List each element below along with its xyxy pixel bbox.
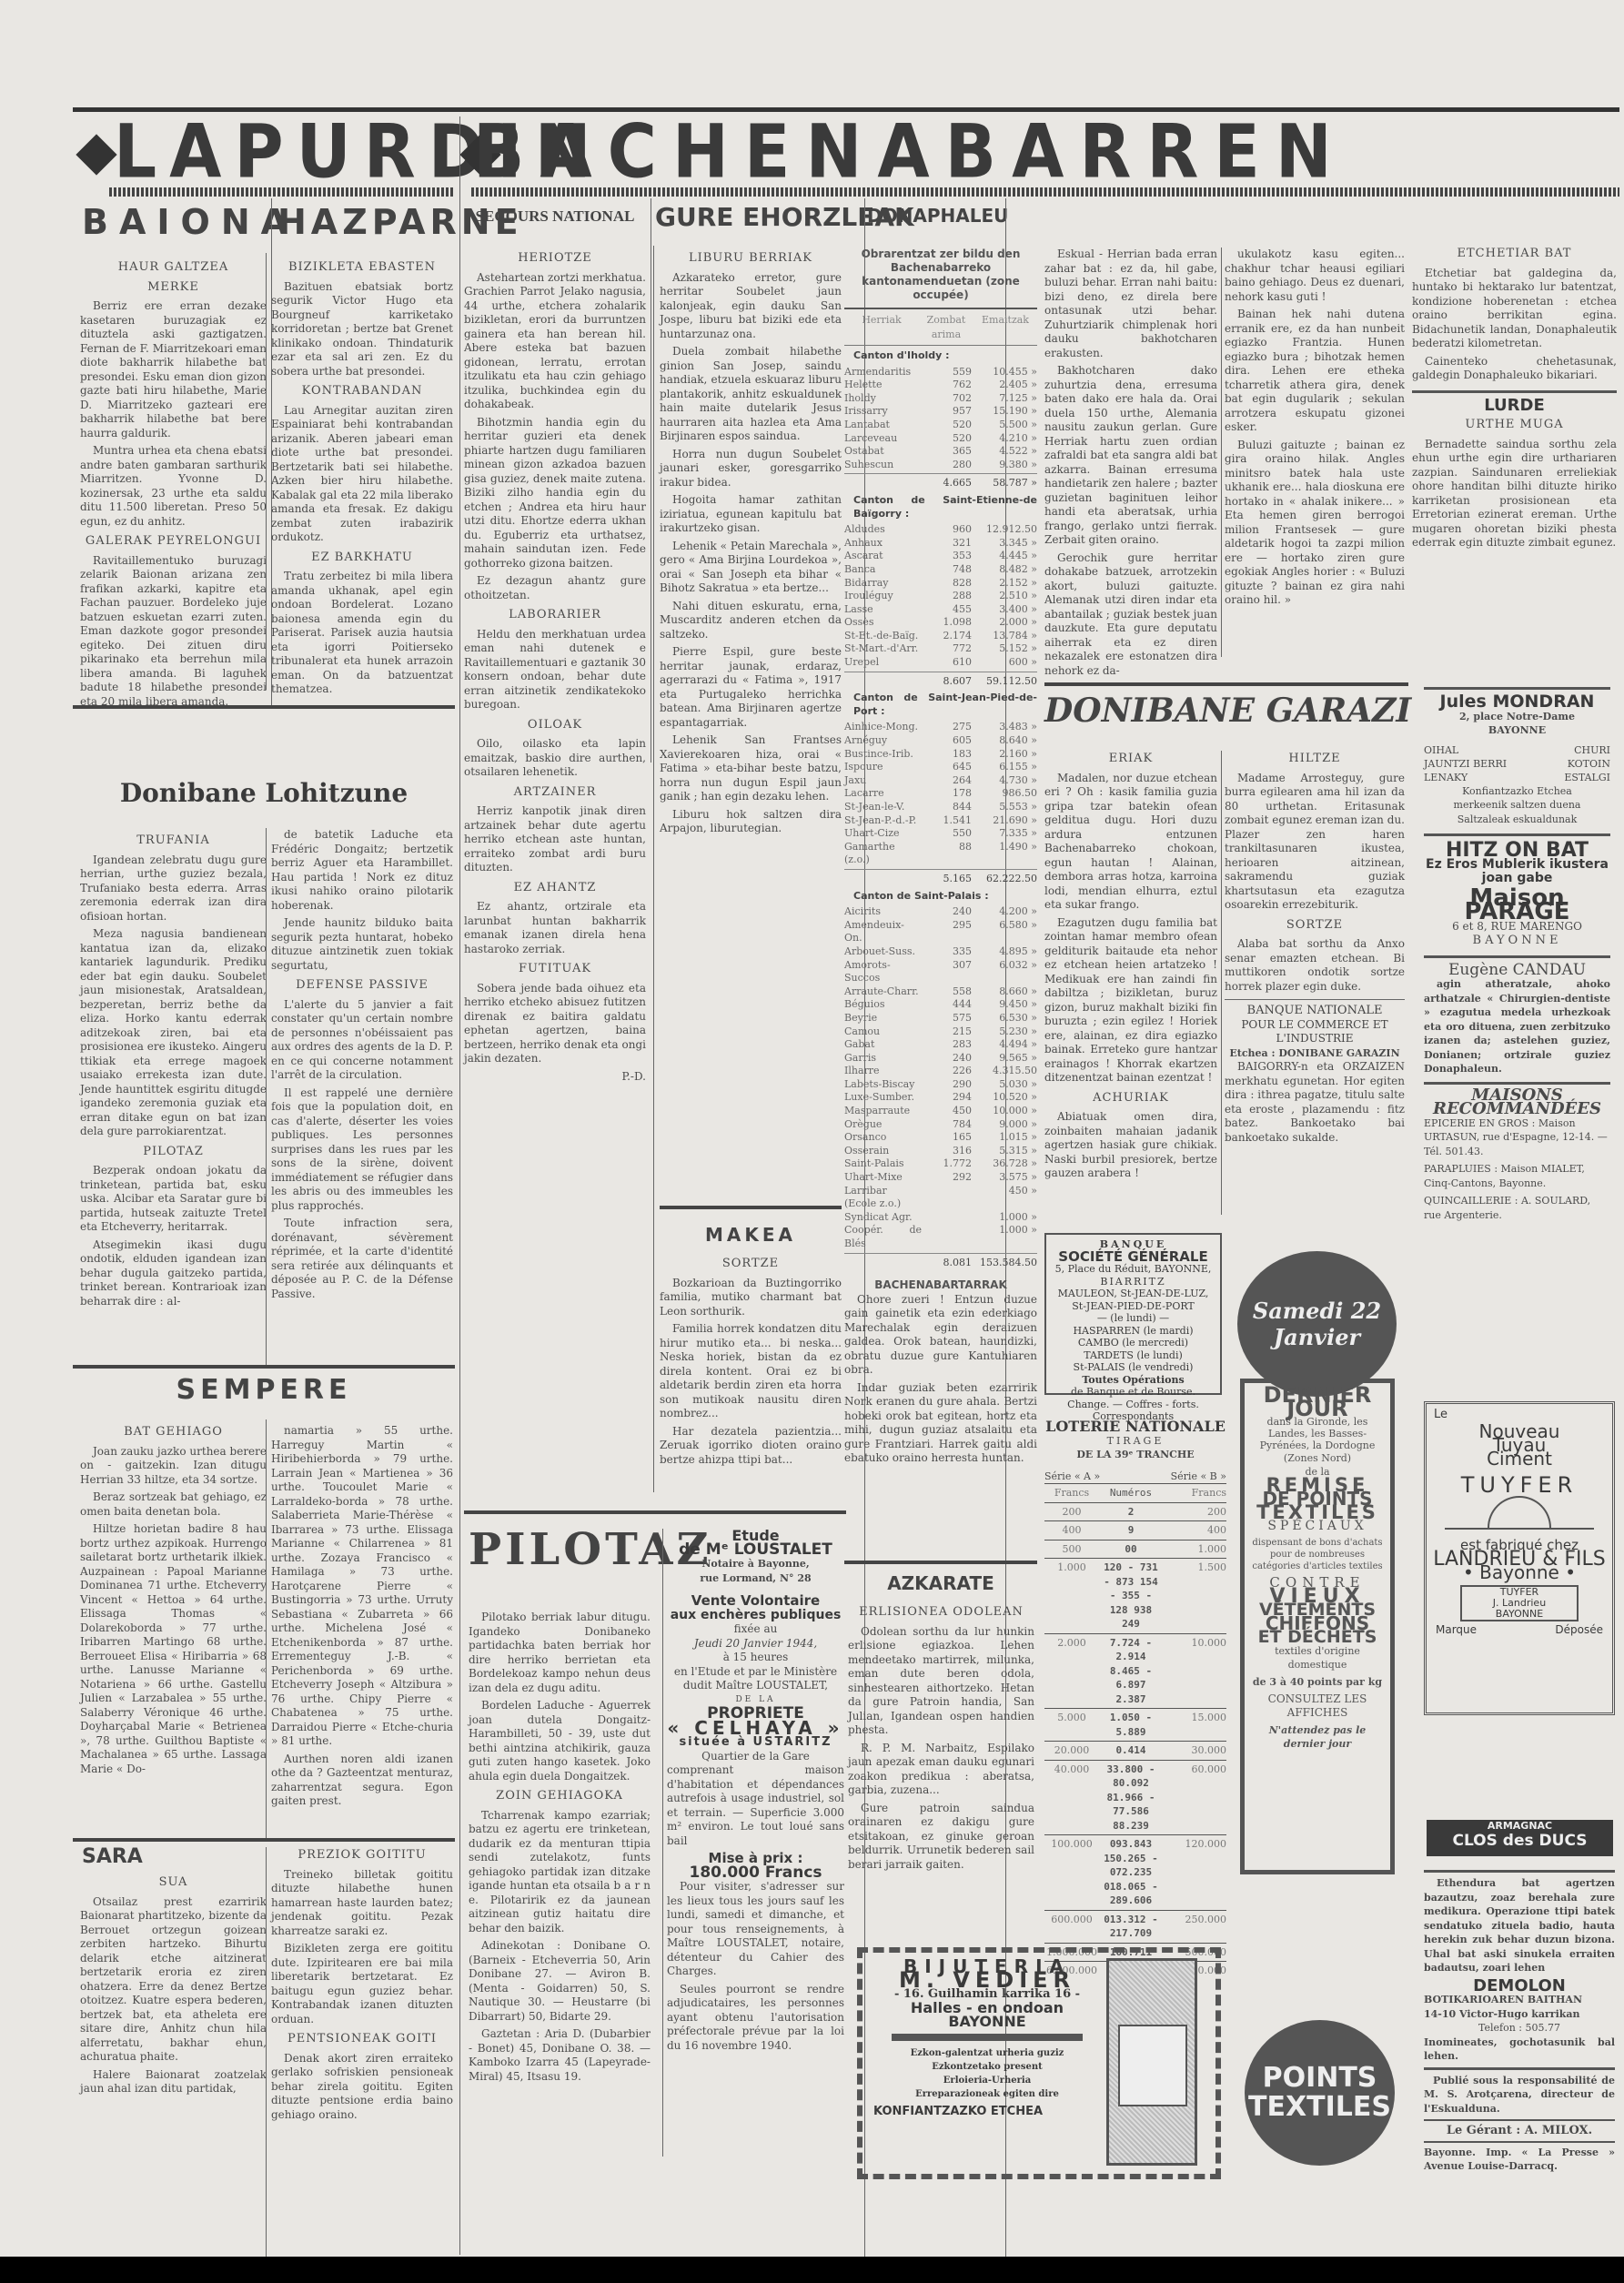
wristwatch-icon <box>1106 1958 1197 2166</box>
table-cell: Luxe-Sumber. <box>844 1091 922 1105</box>
lottery-row: 4009400 <box>1044 1520 1226 1540</box>
paragraph: BAIGORRY-n eta ORZAIZEN merkhatu eguneta… <box>1225 1060 1405 1145</box>
table-row: Gamarthe (z.o.)881.490 » <box>844 841 1037 867</box>
table-cell: 4.522 » <box>972 445 1037 459</box>
table-row: Uhart-Cize5507.335 » <box>844 827 1037 841</box>
table-cell: St-Jean-P.-d.-P. <box>844 814 922 828</box>
table-cell: 9.565 » <box>972 1052 1037 1066</box>
paragraph: Otsailaz prest ezarririk Baionarat phart… <box>80 1895 267 2065</box>
section-donaphaleu: DONAPHALEU <box>867 205 1004 227</box>
diamond-ornament-icon <box>76 134 116 175</box>
table-cell: Banca <box>844 563 922 577</box>
table-cell: Orsanco <box>844 1131 922 1145</box>
heading: GALERAK PEYRELONGUI <box>80 534 267 549</box>
column-rule <box>266 828 267 1365</box>
table-cell: 610 <box>922 656 972 670</box>
lottery-row: 20.0000.41430.000 <box>1044 1741 1226 1760</box>
serie-b: Série « B » <box>1171 1470 1226 1484</box>
text: 5, Place du Réduit, BAYONNE, <box>1050 1263 1216 1276</box>
lottery-cell: 2.000 <box>1044 1636 1099 1707</box>
table-cell: 559 <box>922 366 972 379</box>
loterie-nationale: LOTERIE NATIONALE TIRAGE DE LA 39ᵉ TRANC… <box>1044 1419 1226 1997</box>
heading: LIBURU BERRIAK <box>660 251 842 266</box>
table-row: Helette7622.405 » <box>844 379 1037 392</box>
lottery-cell: 00 <box>1099 1542 1163 1557</box>
article-azkarate: ERLISIONEA ODOLEAN Odolean sorthu da lur… <box>848 1600 1034 1875</box>
table-row: Urepel610600 » <box>844 656 1037 670</box>
paragraph: Bernadette saindua sorthu zela ehun urth… <box>1412 438 1617 551</box>
section-gure-ehorzleak: GURE EHORZLEAK <box>655 202 860 232</box>
table-cell: Masparraute <box>844 1105 922 1118</box>
table-cell: 9.450 » <box>972 998 1037 1012</box>
table-row: St-Jean-P.-d.-P.1.54121.690 » <box>844 814 1037 828</box>
paragraph: Pierre Espil, gure beste herritar jaunak… <box>660 645 842 730</box>
lottery-cell: 15.000 <box>1163 1711 1226 1739</box>
paragraph: Pilotako berriak labur ditugu. Igandeko … <box>469 1611 651 1695</box>
bank-branch: Etchea : DONIBANE GARAZIN <box>1225 1046 1405 1061</box>
table-row: Bidarray8282.152 » <box>844 577 1037 591</box>
table-row: Syndicat Agr.1.000 » <box>844 1211 1037 1225</box>
section-pilotaz: PILOTAZ <box>469 1524 660 1575</box>
canton-total: 8.60759.112.50 <box>844 672 1037 689</box>
table-cell: 5.315 » <box>972 1145 1037 1158</box>
table-cell: Camou <box>844 1025 922 1039</box>
paragraph: de batetik Laduche eta Frédéric Dongaitz… <box>271 828 453 913</box>
table-cell: 7.335 » <box>972 827 1037 841</box>
canton-total: 5.16562.222.50 <box>844 869 1037 886</box>
table-cell: 275 <box>922 721 972 734</box>
table-cell: Amendeuix-On. <box>844 919 922 945</box>
ad-armagnac: ARMAGNAC CLOS des DUCS <box>1427 1820 1613 1856</box>
section-donibane-garazi: DONIBANE GARAZI <box>1044 692 1408 730</box>
paragraph: Bakhotcharen dako zuhurtzia dena, erresu… <box>1044 364 1217 548</box>
canton-heading: Canton de Saint-Palais : <box>853 890 1037 904</box>
paragraph: Etchetiar bat galdegina da, huntako bi h… <box>1412 267 1617 351</box>
table-cell: 307 <box>922 959 972 985</box>
table-cell: 10.455 » <box>972 366 1037 379</box>
lottery-cell: 20.000 <box>1044 1743 1099 1758</box>
page-bottom-edge <box>0 2257 1624 2283</box>
table-cell: 828 <box>922 577 972 591</box>
paragraph: Eskual - Herrian bada erran zahar bat : … <box>1044 247 1217 360</box>
table-cell: 353 <box>922 550 972 563</box>
total-cell: 153.584.50 <box>972 1257 1037 1270</box>
serie-labels: Série « A » Série « B » <box>1044 1470 1226 1484</box>
table-cell: 10.520 » <box>972 1091 1037 1105</box>
heading: TRUFANIA <box>80 833 267 848</box>
lottery-row: 40.00033.800 - 80.092 81.966 - 77.586 88… <box>1044 1760 1226 1835</box>
table-row: Orsanco1651.015 » <box>844 1131 1037 1145</box>
lottery-cell: 10.000 <box>1163 1636 1226 1707</box>
table-cell: 2.000 » <box>972 616 1037 630</box>
table-cell: Suhescun <box>844 459 922 472</box>
table-cell: 335 <box>922 945 972 959</box>
table-cell: Bidarray <box>844 577 922 591</box>
article-defense-passive: de batetik Laduche eta Frédéric Dongaitz… <box>271 828 453 1305</box>
table-row: Béguios4449.450 » <box>844 998 1037 1012</box>
table-cell: 1.490 » <box>972 841 1037 867</box>
table-body: Canton d'Iholdy :Armendaritis55910.455 »… <box>844 349 1037 1269</box>
circle-samedi: Samedi 22 Janvier <box>1237 1251 1397 1397</box>
table-cell: 960 <box>922 523 972 537</box>
paragraph: Bainan hek nahi dutena erranik ere, ez d… <box>1225 308 1405 435</box>
paragraph: Duela zombait hilabethe ginion San Josep… <box>660 345 842 444</box>
table-row: Larribar (Ecole z.o.)450 » <box>844 1185 1037 1211</box>
table-cell: 8.660 » <box>972 985 1037 999</box>
table-cell: 283 <box>922 1038 972 1052</box>
paragraph: Pour visiter, s'adresser sur les lieux t… <box>667 1880 844 1979</box>
table-cell: 226 <box>922 1065 972 1078</box>
text: KONFIANTZAZKO ETCHEA <box>873 2105 1101 2118</box>
table-cell: Irissarry <box>844 405 922 419</box>
table-row: Arbouet-Suss.3354.895 » <box>844 945 1037 959</box>
table-cell: 2.174 <box>922 630 972 643</box>
table-cell: 3.400 » <box>972 603 1037 617</box>
text: CONSULTEZ LES AFFICHES <box>1250 1692 1385 1720</box>
table-cell: 5.500 » <box>972 419 1037 432</box>
table-cell: 4.315.50 <box>972 1065 1037 1078</box>
lottery-cell: 500 <box>1044 1542 1099 1557</box>
lottery-header: FrancsNumérosFrancs <box>1044 1483 1226 1502</box>
masthead-bachenabarren: BACHENABARREN <box>473 113 1347 191</box>
table-cell: 36.728 » <box>972 1157 1037 1171</box>
paragraph: Aurthen noren aldi izanen othe da ? Gazt… <box>271 1753 453 1809</box>
table-cell: 1.000 » <box>972 1224 1037 1250</box>
table-cell: 520 <box>922 419 972 432</box>
table-cell: Ossès <box>844 616 922 630</box>
wave-divider <box>892 2034 1083 2041</box>
lottery-cell: 600.000 <box>1044 1913 1099 1941</box>
paragraph: Familia horrek kondatzen ditu hirur muti… <box>660 1322 842 1421</box>
text: Notaire à Bayonne, <box>667 1557 844 1571</box>
paragraph: Alaba bat sorthu da Anxo senar emazten e… <box>1225 937 1405 994</box>
tuyfer-logo: TUYFER J. Landrieu BAYONNE <box>1460 1585 1579 1621</box>
table-cell: 450 » <box>972 1185 1037 1211</box>
watch-face-icon <box>1118 2025 1187 2106</box>
table-cell: 8.640 » <box>972 734 1037 748</box>
lottery-row: 500001.000 <box>1044 1540 1226 1559</box>
paragraph: Ez ahantz, ortzirale eta larunbat huntan… <box>464 900 646 956</box>
table-cell: 10.000 » <box>972 1105 1037 1118</box>
lottery-cell: 200 <box>1163 1505 1226 1520</box>
canton-heading: Canton de Saint-Jean-Pied-de-Port : <box>853 692 1037 718</box>
table-cell: Jaxu <box>844 774 922 788</box>
article-liburu-berriak: LIBURU BERRIAK Azkarateko erretor, gure … <box>660 246 842 840</box>
table-cell: 280 <box>922 459 972 472</box>
section-donibane-lohitzune: Donibane Lohitzune <box>91 778 437 808</box>
table-cell: 215 <box>922 1025 972 1039</box>
table-row: Irissarry95715.190 » <box>844 405 1037 419</box>
paragraph: Treineko billetak goititu dituzte hilabe… <box>271 1868 453 1939</box>
canton-total: 4.66558.787 » <box>844 473 1037 490</box>
paragraph: Nahi dituen eskuratu, erna, Muscarditz a… <box>660 600 842 642</box>
heading: RECOMMANDÉES <box>1424 1102 1610 1116</box>
table-cell: 1.015 » <box>972 1131 1037 1145</box>
table-row: Armendaritis55910.455 » <box>844 366 1037 379</box>
column-rule <box>459 116 460 2255</box>
product: JAUNTZI BERRI <box>1424 757 1507 771</box>
table-cell: 178 <box>922 787 972 801</box>
heading: ETCHETIAR BAT <box>1412 247 1617 261</box>
table-cell: 165 <box>922 1131 972 1145</box>
table-cell: 294 <box>922 1091 972 1105</box>
manager-credit: Le Gérant : A. MILOX. <box>1424 2124 1615 2138</box>
paragraph: Ravitaillementuko buruzagi zelarik Baion… <box>80 554 267 710</box>
total-cell: 58.787 » <box>972 477 1037 490</box>
product: CHURI <box>1564 743 1610 757</box>
text: merkeenik saltzen duena <box>1424 798 1610 813</box>
table-cell: Ostabat <box>844 445 922 459</box>
sale-title: Vente Volontaire <box>667 1594 844 1609</box>
table-row: Uhart-Mixe2923.575 » <box>844 1171 1037 1185</box>
table-row: St-Jean-le-V.8445.553 » <box>844 801 1037 814</box>
paragraph: Buluzi gaituzte ; bainan ez gira oraino … <box>1225 439 1405 608</box>
article-hiltze: HILTZE Madame Arrosteguy, gure burra egi… <box>1225 746 1405 1148</box>
ad-banque-nationale: BANQUE NATIONALE POUR LE COMMERCE ET L'I… <box>1225 999 1405 1145</box>
canton-heading: Canton de Saint-Etienne-de Baïgorry : <box>853 494 1037 520</box>
column-rule <box>266 1847 267 2257</box>
text: en l'Etude et par le Ministère dudit Maî… <box>667 1665 844 1693</box>
lottery-cell: 2 <box>1099 1505 1163 1520</box>
table-cell: 6.580 » <box>972 919 1037 945</box>
table-cell: 4.895 » <box>972 945 1037 959</box>
table-cell: 240 <box>922 1052 972 1066</box>
dentist-name: Eugène CANDAU <box>1424 964 1610 978</box>
table-row: Ascarat3534.445 » <box>844 550 1037 563</box>
table-cell: 1.098 <box>922 616 972 630</box>
heading: ERLISIONEA ODOLEAN <box>848 1605 1034 1620</box>
table-cell: 3.483 » <box>972 721 1037 734</box>
table-cell: Arraute-Charr. <box>844 985 922 999</box>
canton-heading: Canton d'Iholdy : <box>853 349 1037 363</box>
lottery-row: 5.0001.050 - 5.88915.000 <box>1044 1708 1226 1741</box>
table-cell: Coopér. de Blés <box>844 1224 922 1250</box>
table-cell: 605 <box>922 734 972 748</box>
table-cell: St-Et.-de-Baïg. <box>844 630 922 643</box>
heading: SORTZE <box>1225 918 1405 933</box>
lottery-cell: 200 <box>1044 1505 1099 1520</box>
table-row: Camou2155.230 » <box>844 1025 1037 1039</box>
table-cell: Ainhice-Mong. <box>844 721 922 734</box>
table-cell: 1.000 » <box>972 1211 1037 1225</box>
table-cell: 6.032 » <box>972 959 1037 985</box>
heading: HAUR GALTZEA <box>80 260 267 275</box>
table-cell: Gamarthe (z.o.) <box>844 841 922 867</box>
table-cell: 264 <box>922 774 972 788</box>
paragraph: Gerochik gure herritar dohakabe batzuek,… <box>1044 551 1217 679</box>
table-cell: Iholdy <box>844 392 922 406</box>
table-cell: Helette <box>844 379 922 392</box>
lottery-cell: 30.000 <box>1163 1743 1226 1758</box>
table-cell: 986.50 <box>972 787 1037 801</box>
table-cell: 575 <box>922 1012 972 1025</box>
section-sara: SARA <box>82 1845 255 1868</box>
section-sempere: SEMPERE <box>91 1374 437 1406</box>
table-row: Bustince-Irib.1832.160 » <box>844 748 1037 762</box>
product: OIHAL <box>1424 743 1507 757</box>
table-cell: Lantabat <box>844 419 922 432</box>
table-cell: 2.510 » <box>972 590 1037 603</box>
table-cell: 784 <box>922 1118 972 1132</box>
table-cell: 1.541 <box>922 814 972 828</box>
lottery-cell: 013.312 - 217.709 <box>1099 1913 1163 1941</box>
table-cell: Arnéguy <box>844 734 922 748</box>
table-row: Lasse4553.400 » <box>844 603 1037 617</box>
lottery-row: 2.0007.724 - 2.914 8.465 - 6.897 2.38710… <box>1044 1633 1226 1709</box>
table-cell: 13.784 » <box>972 630 1037 643</box>
section-azkarate: AZKARATE <box>844 1572 1037 1594</box>
table-row: Irouléguy2882.510 » <box>844 590 1037 603</box>
section-rule <box>844 1561 1037 1564</box>
lottery-cell: 093.843 150.265 - 072.235 018.065 - 289.… <box>1099 1837 1163 1908</box>
text: TEXTILES <box>1250 1506 1385 1520</box>
subheading: TIRAGE <box>1044 1434 1226 1449</box>
table-cell: Anhaux <box>844 537 922 551</box>
text: (Zones Nord) <box>1250 1451 1385 1465</box>
lottery-row: 100.000093.843 150.265 - 072.235 018.065… <box>1044 1834 1226 1910</box>
table-cell: Ascarat <box>844 550 922 563</box>
heading: ERIAK <box>1044 752 1217 766</box>
paragraph: Bazituen ebatsiak bortz segurik Victor H… <box>271 280 453 379</box>
column-header: Emaitzak <box>973 313 1037 341</box>
table-cell: 2.405 » <box>972 379 1037 392</box>
column-rule <box>653 246 654 1492</box>
table-cell: Garris <box>844 1052 922 1066</box>
section-lurde: LURDE <box>1412 399 1617 413</box>
table-cell: 772 <box>922 642 972 656</box>
table-row: Amorots-Succos3076.032 » <box>844 959 1037 985</box>
table-cell: 5.030 » <box>972 1078 1037 1092</box>
section-rule <box>660 1206 842 1209</box>
table-cell: 21.690 » <box>972 814 1037 828</box>
paragraph: Odolean sorthu da lur hunkin erlisione e… <box>848 1625 1034 1738</box>
table-cell <box>922 1185 972 1211</box>
table-cell: 288 <box>922 590 972 603</box>
section-rule <box>464 1510 846 1514</box>
table-row: St-Mart.-d'Arr.7725.152 » <box>844 642 1037 656</box>
total-cell: 8.081 <box>922 1257 972 1270</box>
table-cell <box>922 1211 972 1225</box>
table-cell: Ispoure <box>844 761 922 774</box>
paragraph: Madame Arrosteguy, gure burra egilearen … <box>1225 772 1405 913</box>
text: Saltzaleak eskualdunak <box>1424 813 1610 827</box>
table-cell: 450 <box>922 1105 972 1118</box>
hatch-rule <box>471 187 1619 197</box>
paragraph: Tcharrenak kampo ezarriak; batzu ez ager… <box>469 1809 651 1936</box>
text: Ezkon-galentzat urheria guziz <box>873 2046 1101 2060</box>
table-cell: Amorots-Succos <box>844 959 922 985</box>
table-row: St-Et.-de-Baïg.2.17413.784 » <box>844 630 1037 643</box>
text: de 3 à 40 points par kg <box>1250 1675 1385 1689</box>
table-cell: 4.730 » <box>972 774 1037 788</box>
paragraph: Gure patroin saindua orainaren ez dakigu… <box>848 1802 1034 1873</box>
table-cell <box>922 1224 972 1250</box>
table-row: Gabat2834.494 » <box>844 1038 1037 1052</box>
heading: SORTZE <box>660 1257 842 1271</box>
column-header: Zombat arima <box>919 313 973 341</box>
table-cell: 365 <box>922 445 972 459</box>
lottery-cell: 1.500 <box>1163 1561 1226 1631</box>
table-row: Ilharre2264.315.50 <box>844 1065 1037 1078</box>
lottery-row: 600.000013.312 - 217.709250.000 <box>1044 1910 1226 1943</box>
heading: BIZIKLETA EBASTEN <box>271 260 453 275</box>
article-trufania: TRUFANIA Igandean zelebratu dugu gure he… <box>80 828 267 1312</box>
table-cell: 1.772 <box>922 1157 972 1171</box>
table-row: Labets-Biscay2905.030 » <box>844 1078 1037 1092</box>
heading: EZ AHANTZ <box>464 881 646 895</box>
table-row: Saint-Palais1.77236.728 » <box>844 1157 1037 1171</box>
table-cell: 7.125 » <box>972 392 1037 406</box>
ad-jules-mondran: Jules MONDRAN 2, place Notre-Dame BAYONN… <box>1424 687 1610 1226</box>
signature: P.-D. <box>464 1070 646 1085</box>
paragraph: Heldu den merkhatuan urdea eman nahi dut… <box>464 628 646 712</box>
serie-a: Série « A » <box>1044 1470 1100 1484</box>
column-rule <box>1221 247 1222 657</box>
table-cell: Orègue <box>844 1118 922 1132</box>
table-cell: Saint-Palais <box>844 1157 922 1171</box>
product-list: OIHALJAUNTZI BERRILENAKY CHURIKOTOINESTA… <box>1424 743 1610 784</box>
heading: PILOTAZ <box>80 1145 267 1159</box>
table-row: Arnéguy6058.640 » <box>844 734 1037 748</box>
table-cell: St-Jean-le-V. <box>844 801 922 814</box>
paragraph: Meza nagusia bandienean kantatua izan da… <box>80 927 267 1139</box>
column-rule <box>1221 751 1222 1215</box>
paragraph: Atsegimekin ikasi dugu ondotik, elduden … <box>80 1238 267 1309</box>
table-header: Herriak Zombat arima Emaitzak <box>844 308 1037 346</box>
table-cell: 4.200 » <box>972 905 1037 919</box>
paragraph: Bezperak ondoan jokatu da trinketean, pa… <box>80 1164 267 1235</box>
heading: ACHURIAK <box>1044 1091 1217 1106</box>
table-cell: 316 <box>922 1145 972 1158</box>
table-cell: Armendaritis <box>844 366 922 379</box>
table-cell: 8.482 » <box>972 563 1037 577</box>
lottery-cell: 1.000 <box>1044 1561 1099 1631</box>
heading: PENTSIONEAK GOITI <box>271 2032 453 2046</box>
table-row: Anhaux3213.345 » <box>844 537 1037 551</box>
publication-notice: Publié sous la responsabilité de M. S. A… <box>1424 2074 1615 2116</box>
text: ARMAGNAC <box>1427 1820 1613 1832</box>
table-cell: Larceveau <box>844 432 922 446</box>
table-cell: Arbouet-Suss. <box>844 945 922 959</box>
article-eriak: ERIAK Madalen, nor duzue etchean eri ? O… <box>1044 746 1217 1185</box>
paragraph: Abiatuak omen dira, zoinbaiten mahaian j… <box>1044 1110 1217 1181</box>
lottery-cell: 60.000 <box>1163 1763 1226 1833</box>
table-cell: 2.152 » <box>972 577 1037 591</box>
column-header: Numéros <box>1099 1486 1163 1500</box>
table-row: Beyrie5756.530 » <box>844 1012 1037 1025</box>
secours-national-table: Obrarentzat zer bildu den Bachenabarreko… <box>844 247 1037 1470</box>
table-row: Lantabat5205.500 » <box>844 419 1037 432</box>
article-ehorzleak-2: ukulakotz kasu egiten... chakhur tchar h… <box>1225 247 1405 611</box>
total-cell: 59.112.50 <box>972 675 1037 689</box>
table-cell: 240 <box>922 905 972 919</box>
lottery-cell: 120 - 731 - 873 154 - 355 - 128 938 249 <box>1099 1561 1163 1631</box>
column-rule <box>266 1419 267 1838</box>
article-sempere-cont: namartia » 55 urthe. Harreguy Martin « H… <box>271 1424 453 1813</box>
text: Konfiantzazko Etchea <box>1424 784 1610 799</box>
table-cell: Gabat <box>844 1038 922 1052</box>
paragraph: Horra nun dugun Soubelet jaunari esker, … <box>660 448 842 490</box>
text: dans la Gironde, les Landes, les Basses-… <box>1250 1416 1385 1451</box>
text: — (le lundi) — <box>1050 1312 1216 1325</box>
ad-tuyfer: Le Nouveau Tuyau Ciment TUYFER est fabri… <box>1424 1401 1615 1715</box>
brand-name: CLOS des DUCS <box>1427 1832 1613 1850</box>
article-prezioak: PREZIOK GOITITU Treineko billetak goitit… <box>271 1843 453 2126</box>
table-cell: 5.553 » <box>972 801 1037 814</box>
heading: BACHENABARTARRAK <box>844 1278 1037 1293</box>
paragraph: Tratu zerbeitez bi mila libera amanda uk… <box>271 570 453 697</box>
property-name: « CELHAYA » <box>667 1722 844 1736</box>
